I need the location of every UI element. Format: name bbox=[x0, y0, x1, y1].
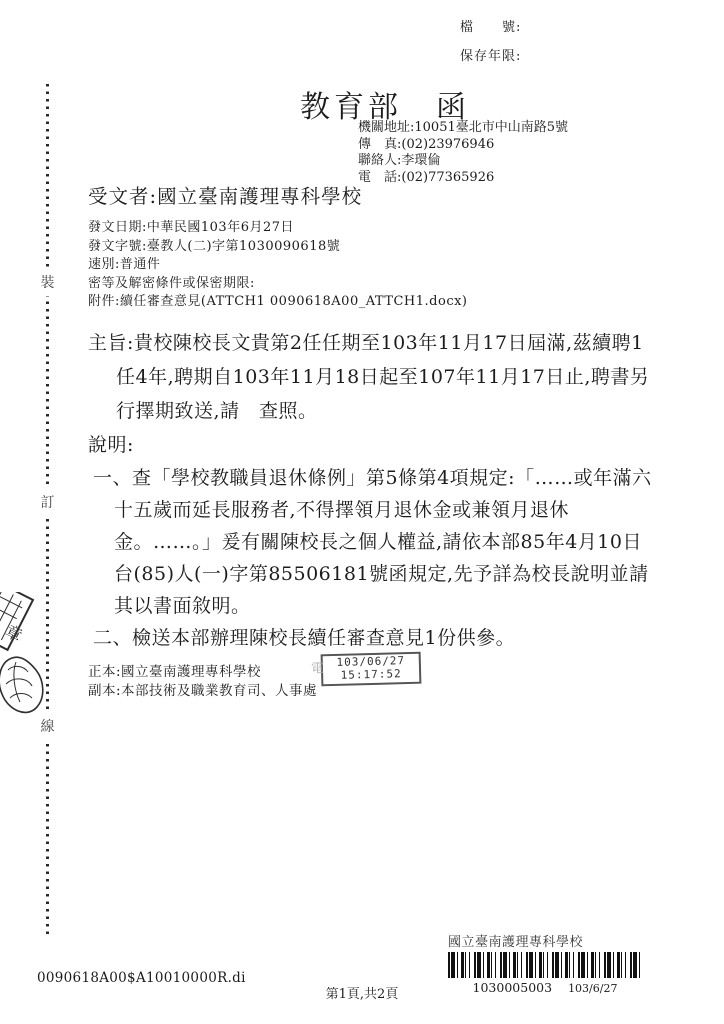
sender-info-block: 機關地址:10051臺北市中山南路5號 傳 真:(02)23976946 聯絡人… bbox=[358, 120, 568, 186]
explanation-item-1: 一、查「學校教職員退休條例」第5條第4項規定:「……或年滿六十五歲而延長服務者,… bbox=[93, 462, 658, 622]
binding-char-ding: 訂 bbox=[39, 488, 56, 516]
binding-char-zhuang: 裝 bbox=[39, 268, 56, 296]
attachment-line: 附件:續任審查意見(ATTCH1 0090618A00_ATTCH1.docx) bbox=[88, 293, 468, 312]
barcode-school-label: 國立臺南護理專科學校 bbox=[448, 931, 642, 950]
stamp-date: 103/06/27 bbox=[323, 654, 419, 670]
sender-fax: 傳 真:(02)23976946 bbox=[358, 137, 568, 154]
barcode-number: 1030005003 bbox=[473, 980, 553, 995]
file-number-label: 檔 號: bbox=[460, 20, 521, 36]
dispatch-number: 發文字號:臺教人(二)字第1030090618號 bbox=[88, 238, 468, 257]
speed-class: 速別:普通件 bbox=[88, 256, 468, 275]
security-class: 密等及解密條件或保密期限: bbox=[88, 275, 468, 294]
subject-paragraph: 主旨:貴校陳校長文貴第2任任期至103年11月17日屆滿,茲續聘1任4年,聘期自… bbox=[88, 326, 658, 428]
sender-address: 機關地址:10051臺北市中山南路5號 bbox=[358, 120, 568, 137]
sender-phone: 電 話:(02)77365926 bbox=[358, 170, 568, 187]
seal-character: 章 bbox=[2, 621, 25, 645]
letter-body: 主旨:貴校陳校長文貴第2任任期至103年11月17日屆滿,茲續聘1任4年,聘期自… bbox=[88, 326, 658, 700]
barcode-block: 國立臺南護理專科學校 1030005003 103/6/27 bbox=[448, 931, 642, 995]
explanation-label: 說明: bbox=[88, 428, 658, 462]
dispatch-date: 發文日期:中華民國103年6月27日 bbox=[88, 219, 468, 238]
retention-period-label: 保存年限: bbox=[460, 49, 521, 65]
corner-labels: 檔 號: 保存年限: bbox=[460, 20, 521, 78]
stamp-time: 15:17:52 bbox=[323, 667, 419, 683]
barcode-image bbox=[448, 952, 640, 978]
stamp-ghost-character: 電 bbox=[311, 662, 324, 675]
receipt-seal-icon: 章 bbox=[0, 592, 50, 728]
barcode-numbers-row: 1030005003 103/6/27 bbox=[448, 980, 642, 995]
recipient-line: 受文者:國立臺南護理專科學校 bbox=[88, 181, 362, 209]
official-letter-page: 檔 號: 保存年限: 教育部 函 機關地址:10051臺北市中山南路5號 傳 真… bbox=[0, 0, 724, 1024]
barcode-date: 103/6/27 bbox=[568, 980, 617, 995]
explanation-item-2: 二、檢送本部辦理陳校長續任審查意見1份供參。 bbox=[93, 622, 658, 654]
sender-contact: 聯絡人:李環倫 bbox=[358, 153, 568, 170]
dispatch-meta-block: 發文日期:中華民國103年6月27日 發文字號:臺教人(二)字第10300906… bbox=[88, 219, 468, 312]
received-datetime-stamp: 電 103/06/27 15:17:52 bbox=[321, 652, 422, 687]
